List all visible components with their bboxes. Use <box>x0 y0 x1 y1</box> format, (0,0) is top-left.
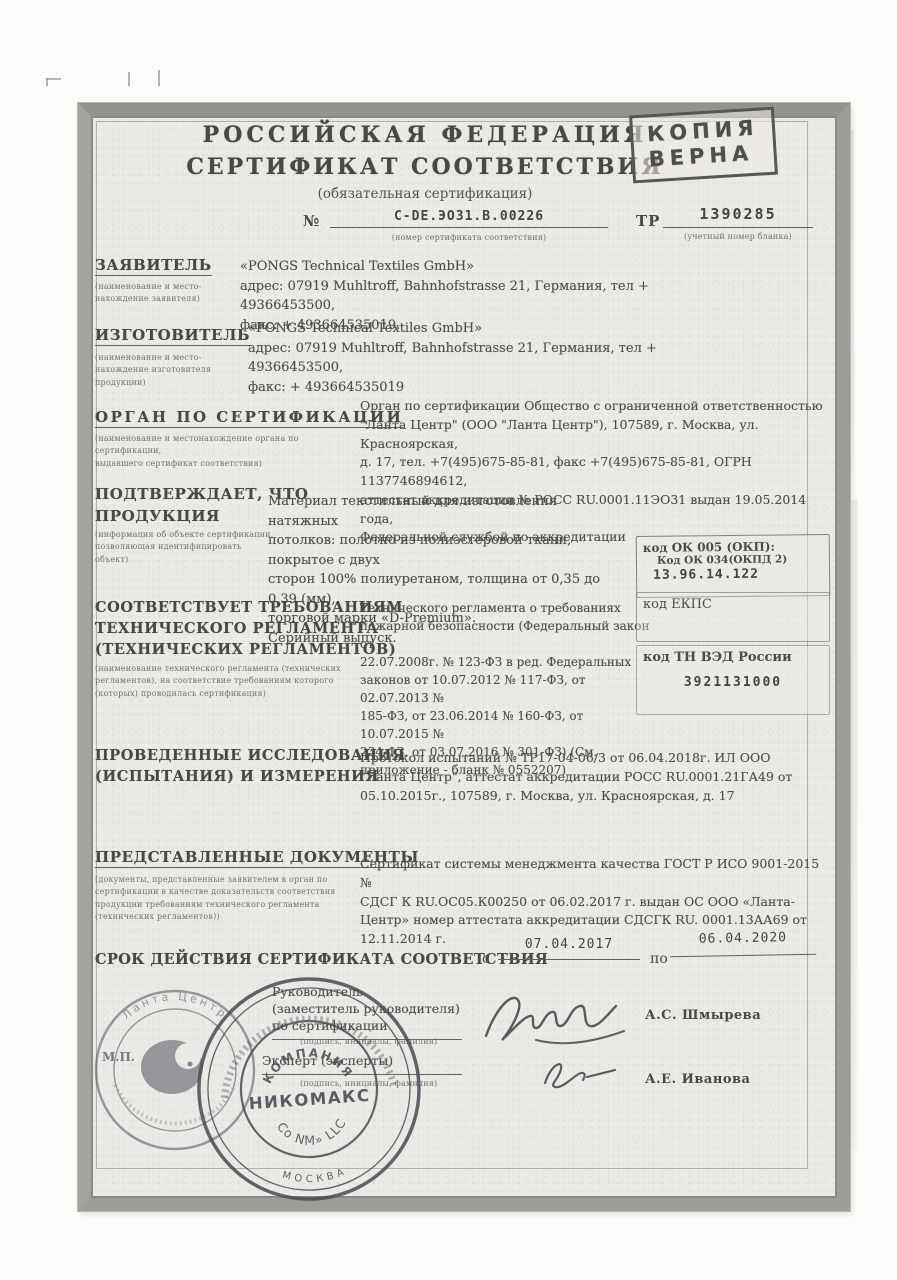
validity-to-date: 06.04.2020 <box>670 930 816 958</box>
tr-label: ТР <box>636 212 660 230</box>
okp-code-line2: Код ОК 034(ОКПД 2) <box>643 553 823 567</box>
cert-number-value: C-DE.ЭО31.В.00226 <box>330 209 608 228</box>
head-signature-role: Руководитель (заместитель руководителя) … <box>272 984 462 1040</box>
cert-number-sign: № <box>303 212 319 230</box>
tests-label: ПРОВЕДЕННЫЕ ИССЛЕДОВАНИЯ (ИСПЫТАНИЯ) И И… <box>95 745 405 787</box>
product-caption: (информация об объекте сертификации, поз… <box>95 529 275 566</box>
requirements-caption: (наименование технического регламента (т… <box>95 663 360 700</box>
blank-number-caption: (учетный номер бланка) <box>663 231 813 243</box>
cert-body-caption: (наименование и местонахождение органа п… <box>95 433 360 470</box>
scan-mark <box>128 72 130 86</box>
expert-signature-role: Эксперт (эксперты) <box>262 1052 462 1075</box>
expert-signature-name: А.Е. Иванова <box>645 1072 750 1087</box>
stamp-place-label: М.П. <box>102 1050 135 1064</box>
head-signature-caption: (подпись, инициалы, фамилия) <box>300 1036 437 1048</box>
head-signature-name: А.С. Шмырева <box>645 1008 761 1023</box>
ekps-code-label: код ЕКПС <box>643 597 823 612</box>
applicant-label: ЗАЯВИТЕЛЬ <box>95 256 212 276</box>
blank-number-value: 1390285 <box>663 205 813 228</box>
manufacturer-value: «PONGS Technical Textiles GmbH» адрес: 0… <box>248 319 693 397</box>
tests-value: Протокол испытаний № ТР17-04-06/3 от 06.… <box>360 749 822 805</box>
scan-mark <box>46 78 61 80</box>
scan-mark <box>158 70 160 86</box>
copy-verna-stamp-icon: КОПИЯ ВЕРНА <box>629 107 778 184</box>
documents-caption: (документы, представленные заявителем в … <box>95 874 355 924</box>
manufacturer-label: ИЗГОТОВИТЕЛЬ <box>95 326 250 346</box>
ekps-code-box: код ЕКПС <box>636 592 830 642</box>
validity-from-label: с <box>482 951 490 967</box>
scanned-certificate-page: РОССИЙСКАЯ ФЕДЕРАЦИЯ СЕРТИФИКАТ СООТВЕТС… <box>0 0 897 1280</box>
expert-signature-icon <box>535 1053 625 1095</box>
okp-code-value: 13.96.14.122 <box>643 566 823 583</box>
validity-to-label: по <box>650 951 668 967</box>
head-signature-icon <box>478 986 638 1048</box>
requirements-label: СООТВЕТСТВУЕТ ТРЕБОВАНИЯМ ТЕХНИЧЕСКОГО Р… <box>95 597 403 660</box>
applicant-caption: (наименование и место- нахождение заявит… <box>95 281 255 306</box>
tnved-code-box: код ТН ВЭД России 3921131000 <box>636 645 830 715</box>
validity-from-date: 07.04.2017 <box>498 937 640 960</box>
expert-signature-caption: (подпись, инициалы, фамилия) <box>300 1078 437 1090</box>
cert-number-caption: (номер сертификата соответствия) <box>330 232 608 244</box>
manufacturer-caption: (наименование и место- нахождение изгото… <box>95 352 265 389</box>
tnved-code-value: 3921131000 <box>643 675 823 690</box>
validity-label: СРОК ДЕЙСТВИЯ СЕРТИФИКАТА СООТВЕТСТВИЯ <box>95 949 548 970</box>
header-subtitle: (обязательная сертификация) <box>95 186 755 202</box>
tnved-code-label: код ТН ВЭД России <box>643 650 823 665</box>
okp-code-box: код ОК 005 (ОКП): Код ОК 034(ОКПД 2) 13.… <box>636 534 831 598</box>
cert-body-label: ОРГАН ПО СЕРТИФИКАЦИИ <box>95 408 403 428</box>
scan-mark <box>46 78 48 86</box>
